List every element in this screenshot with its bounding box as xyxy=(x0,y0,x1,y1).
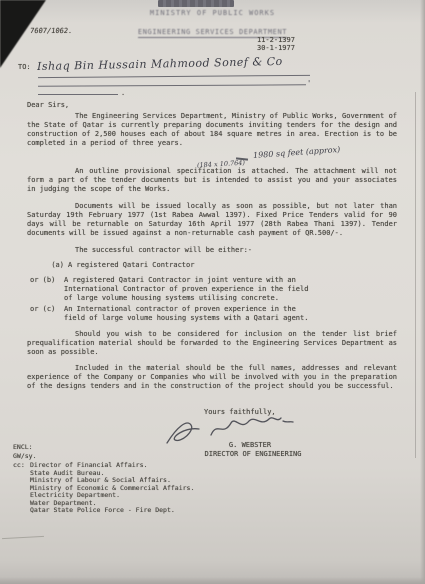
recipient-period: . xyxy=(121,89,125,98)
option-b-letter: or (b) xyxy=(30,276,64,303)
option-c-letter: or (c) xyxy=(30,305,64,323)
date-hijri: 11-2-1397 xyxy=(257,36,295,44)
cc-item-police-fire: Qatar State Police Force - Fire Dept. xyxy=(30,507,194,515)
paper-bottom-edge xyxy=(0,577,425,584)
option-a-letter: (a) xyxy=(30,261,68,270)
signer-title: DIRECTOR OF ENGINEERING xyxy=(178,450,328,459)
to-label: TO: xyxy=(18,63,31,72)
option-b: or (b) A registered Qatari Contractor in… xyxy=(30,276,320,303)
paragraph-material-details: Included in the material should be the f… xyxy=(27,364,397,391)
date-gregorian: 30-1-1977 xyxy=(257,44,295,52)
recipient-apostrophe: ' xyxy=(308,79,310,88)
paper-right-edge xyxy=(420,0,425,584)
recipient-name: Ishaq Bin Hussain Mahmood Sonef & Co xyxy=(37,54,327,73)
option-a-text: A registered Qatari Contractor xyxy=(68,261,324,270)
recipient-underline-1 xyxy=(38,75,310,78)
paragraph-prequalification: Should you wish to be considered for inc… xyxy=(27,330,397,357)
paragraph-tender-intro: The Engineering Services Department, Min… xyxy=(27,112,397,148)
stamp-fragment xyxy=(158,0,234,7)
encl-label: ENCL: xyxy=(13,444,33,452)
salutation: Dear Sirs, xyxy=(27,101,69,110)
paragraph-documents-issue: Documents will be issued locally as soon… xyxy=(27,202,397,238)
recipient-underline-2 xyxy=(38,84,306,86)
recipient-underline-3 xyxy=(38,94,118,95)
signer-name: G. WEBSTER xyxy=(185,441,315,450)
date-block: 11-2-1397 30-1-1977 xyxy=(257,36,295,52)
letterhead-ministry: MINISTRY OF PUBLIC WORKS xyxy=(0,9,425,17)
option-b-text: A registered Qatari Contractor in joint … xyxy=(64,276,320,303)
typist-initials: GW/sy. xyxy=(13,453,36,461)
cc-label: cc: xyxy=(13,462,25,470)
paper-crease-line xyxy=(415,92,416,458)
either-line: The successful contractor will be either… xyxy=(27,246,397,255)
pencil-mark xyxy=(2,536,44,539)
scanned-letter-page: MINISTRY OF PUBLIC WORKS ENGINEERING SER… xyxy=(0,0,425,584)
option-c: or (c) An International contractor of pr… xyxy=(30,305,320,323)
option-c-text: An International contractor of proven ex… xyxy=(64,305,320,323)
reference-number: 7607/1062. xyxy=(29,27,72,36)
paragraph-specification: An outline provisional specification is … xyxy=(27,167,397,194)
option-a: (a) A registered Qatari Contractor xyxy=(30,261,324,270)
cc-list: Director of Financial Affairs. State Aud… xyxy=(30,462,194,515)
